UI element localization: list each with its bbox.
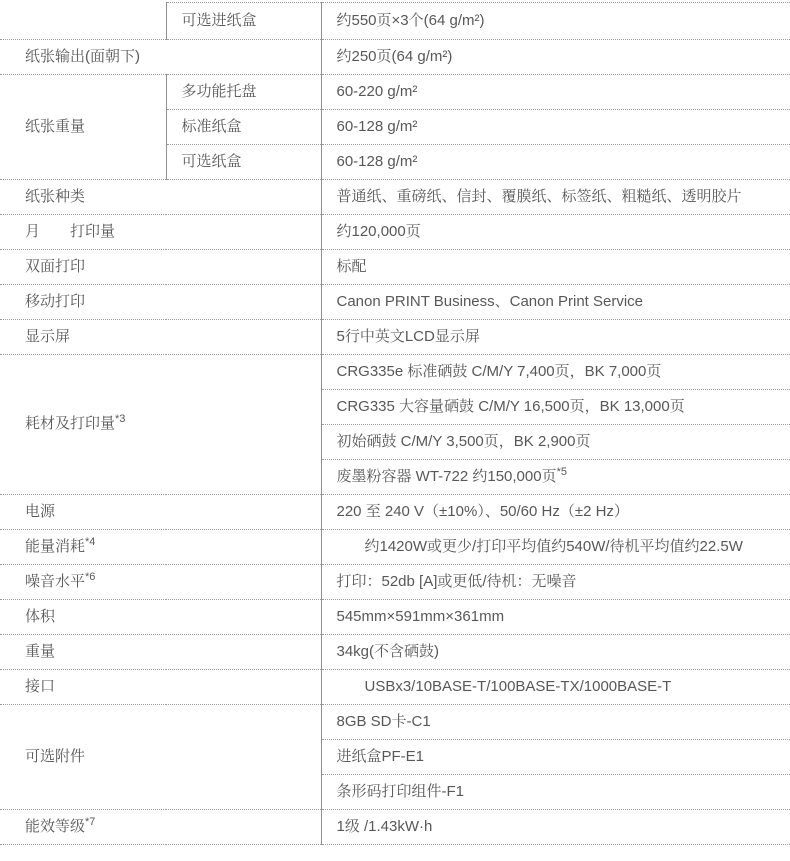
row-dimensions: 体积 545mm×591mm×361mm (0, 600, 790, 635)
spec-label: 噪音水平*6 (0, 565, 321, 600)
spec-value: 约120,000页 (321, 215, 790, 250)
spec-value: 60-128 g/m² (321, 110, 790, 145)
spec-label: 能量消耗*4 (0, 530, 321, 565)
spec-sublabel: 可选纸盒 (166, 145, 321, 180)
row-interface: 接口 USBx3/10BASE-T/100BASE-TX/1000BASE-T (0, 670, 790, 705)
row-paper-types: 纸张种类 普通纸、重磅纸、信封、覆膜纸、标签纸、粗糙纸、透明胶片 (0, 180, 790, 215)
spec-value: 545mm×591mm×361mm (321, 600, 790, 635)
spec-value: 废墨粉容器 WT-722 约150,000页*5 (321, 460, 790, 495)
spec-value: 34kg(不含硒鼓) (321, 635, 790, 670)
row-power-supply: 电源 220 至 240 V（±10%）、50/60 Hz（±2 Hz） (0, 495, 790, 530)
spec-value-text: 废墨粉容器 WT-722 约150,000页 (337, 468, 557, 485)
spec-label: 接口 (0, 670, 321, 705)
spec-value: 8GB SD卡-C1 (321, 705, 790, 740)
footnote-marker: *6 (85, 571, 95, 583)
spec-value: 条形码打印组件-F1 (321, 775, 790, 810)
spec-value: 标配 (321, 250, 790, 285)
spec-label: 纸张输出(面朝下) (0, 40, 321, 75)
spec-label: 电源 (0, 495, 321, 530)
spec-value: 普通纸、重磅纸、信封、覆膜纸、标签纸、粗糙纸、透明胶片 (321, 180, 790, 215)
row-optional-paper-cassette: 可选进纸盒 约550页×3个(64 g/m²) (0, 3, 790, 40)
spec-value: 约550页×3个(64 g/m²) (321, 3, 790, 40)
page: { "colors": { "text": "#595757", "border… (0, 0, 790, 861)
spec-value: 约1420W或更少/打印平均值约540W/待机平均值约22.5W (321, 530, 790, 565)
row-consumables-standard-cartridge: 耗材及打印量*3 CRG335e 标准硒鼓 C/M/Y 7,400页，BK 7,… (0, 355, 790, 390)
spec-label: 移动打印 (0, 285, 321, 320)
spec-value: Canon PRINT Business、Canon Print Service (321, 285, 790, 320)
spec-label: 能效等级*7 (0, 810, 321, 845)
spec-value: 60-220 g/m² (321, 75, 790, 110)
spec-label: 纸张重量 (0, 75, 166, 180)
row-mobile-printing: 移动打印 Canon PRINT Business、Canon Print Se… (0, 285, 790, 320)
spec-value: 进纸盒PF-E1 (321, 740, 790, 775)
row-display: 显示屏 5行中英文LCD显示屏 (0, 320, 790, 355)
spec-label: 双面打印 (0, 250, 321, 285)
spec-value: USBx3/10BASE-T/100BASE-TX/1000BASE-T (321, 670, 790, 705)
spec-label: 体积 (0, 600, 321, 635)
spec-value: 5行中英文LCD显示屏 (321, 320, 790, 355)
spec-label: 月 打印量 (0, 215, 321, 250)
spec-label-text: 能效等级 (25, 818, 85, 835)
spec-label-text: 噪音水平 (25, 573, 85, 590)
row-duplex-printing: 双面打印 标配 (0, 250, 790, 285)
spec-value: 60-128 g/m² (321, 145, 790, 180)
row-paper-weight-multipurpose-tray: 纸张重量 多功能托盘 60-220 g/m² (0, 75, 790, 110)
spec-value: 220 至 240 V（±10%）、50/60 Hz（±2 Hz） (321, 495, 790, 530)
row-energy-consumption: 能量消耗*4 约1420W或更少/打印平均值约540W/待机平均值约22.5W (0, 530, 790, 565)
footnote-marker: *7 (85, 816, 95, 828)
spec-value: CRG335e 标准硒鼓 C/M/Y 7,400页，BK 7,000页 (321, 355, 790, 390)
spec-value: CRG335 大容量硒鼓 C/M/Y 16,500页，BK 13,000页 (321, 390, 790, 425)
row-accessories-sd-card: 可选附件 8GB SD卡-C1 (0, 705, 790, 740)
spec-label: 重量 (0, 635, 321, 670)
spec-sublabel: 多功能托盘 (166, 75, 321, 110)
row-monthly-print-volume: 月 打印量 约120,000页 (0, 215, 790, 250)
spec-sublabel: 标准纸盒 (166, 110, 321, 145)
row-noise-level: 噪音水平*6 打印：52db [A]或更低/待机：无噪音 (0, 565, 790, 600)
spec-label-continuation (0, 3, 166, 40)
spec-label: 显示屏 (0, 320, 321, 355)
row-weight: 重量 34kg(不含硒鼓) (0, 635, 790, 670)
spec-label: 耗材及打印量*3 (0, 355, 321, 495)
spec-table: 可选进纸盒 约550页×3个(64 g/m²) 纸张输出(面朝下) 约250页(… (0, 2, 790, 845)
spec-label-text: 耗材及打印量 (25, 415, 115, 432)
spec-value: 约250页(64 g/m²) (321, 40, 790, 75)
spec-value: 1级 /1.43kW·h (321, 810, 790, 845)
spec-label: 可选附件 (0, 705, 321, 810)
spec-value: 初始硒鼓 C/M/Y 3,500页，BK 2,900页 (321, 425, 790, 460)
spec-label-text: 能量消耗 (25, 538, 85, 555)
spec-sublabel: 可选进纸盒 (166, 3, 321, 40)
row-paper-output: 纸张输出(面朝下) 约250页(64 g/m²) (0, 40, 790, 75)
spec-label: 纸张种类 (0, 180, 321, 215)
footnote-marker: *4 (85, 536, 95, 548)
footnote-marker: *3 (115, 413, 125, 425)
spec-value: 打印：52db [A]或更低/待机：无噪音 (321, 565, 790, 600)
footnote-marker: *5 (557, 466, 567, 478)
row-energy-efficiency: 能效等级*7 1级 /1.43kW·h (0, 810, 790, 845)
